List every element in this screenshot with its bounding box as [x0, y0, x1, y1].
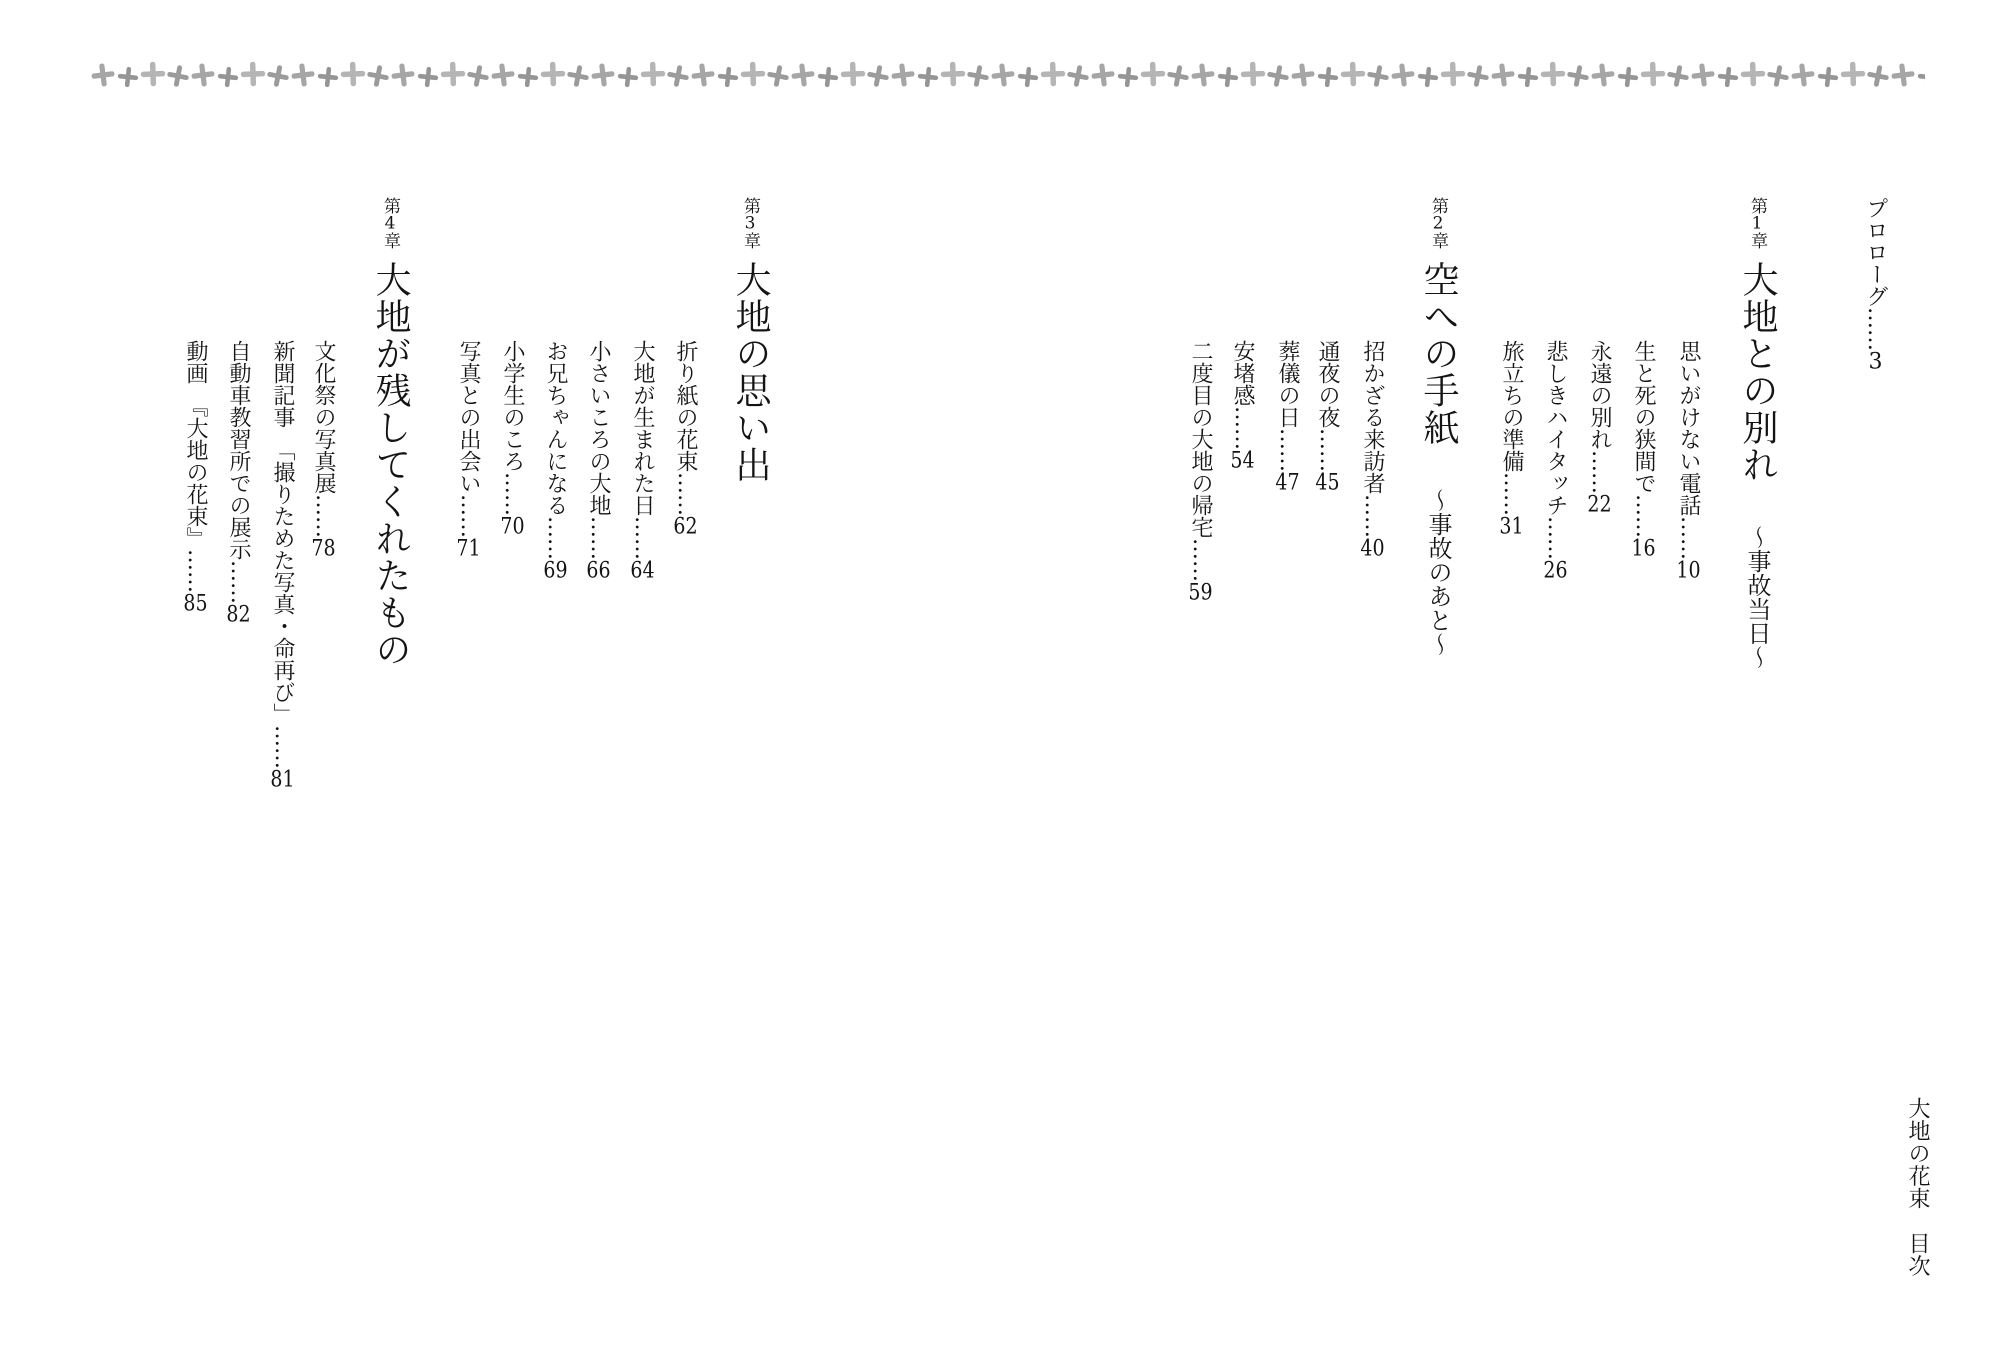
- chapter-number-prefix: 第: [380, 197, 400, 215]
- toc-item: 大地が生まれた日……64: [631, 340, 653, 582]
- toc-item-page: 45: [1315, 472, 1340, 494]
- chapter-3-number: 第3章: [740, 197, 760, 250]
- leader-dots: ……: [500, 472, 525, 516]
- leader-dots: ……: [1188, 538, 1213, 582]
- leader-dots: ……: [1676, 516, 1701, 560]
- toc-item-label: 文化祭の写真展: [311, 340, 336, 494]
- toc-item-page: 82: [226, 604, 251, 626]
- toc-item: 葬儀の日……47: [1276, 340, 1298, 494]
- toc-item-label: 旅立ちの準備: [1499, 340, 1524, 472]
- chapter-number-suffix: 章: [1428, 232, 1448, 250]
- chapter-number-suffix: 章: [380, 232, 400, 250]
- toc-item-page: 47: [1275, 472, 1300, 494]
- leader-dots: ……: [1230, 406, 1255, 450]
- toc-item: 折り紙の花束……62: [674, 340, 696, 538]
- toc-item: 旅立ちの準備……31: [1500, 340, 1522, 538]
- chapter-number-digit: 1: [1747, 215, 1767, 232]
- toc-item-label: 小さいころの大地: [586, 340, 611, 516]
- leader-dots: ……: [543, 516, 568, 560]
- leader-dots: ……: [1587, 450, 1612, 494]
- chapter-4-number: 第4章: [380, 197, 400, 250]
- toc-item-label: 安堵感: [1230, 340, 1255, 406]
- chapter-4-heading: 第4章大地が残してくれたもの: [372, 197, 408, 668]
- running-title: 大地の花束 目次: [1906, 1097, 1928, 1277]
- toc-item-page: 71: [456, 538, 481, 560]
- toc-item-label: 小学生のころ: [500, 340, 525, 472]
- toc-item: 小さいころの大地……66: [587, 340, 609, 582]
- chapter-3-title: 大地の思い出: [730, 261, 771, 483]
- toc-item-label: 写真との出会い: [456, 340, 481, 494]
- toc-item-label: 招かざる来訪者: [1360, 340, 1385, 494]
- leader-dots: ……: [183, 549, 208, 593]
- chapter-number-prefix: 第: [1747, 197, 1767, 215]
- leader-dots: ……: [673, 472, 698, 516]
- toc-item-page: 70: [500, 516, 525, 538]
- toc-item-page: 16: [1631, 538, 1656, 560]
- chapter-3-heading: 第3章大地の思い出: [732, 197, 768, 483]
- chapter-number-digit: 3: [740, 215, 760, 232]
- toc-item: 写真との出会い……71: [457, 340, 479, 560]
- toc-item-page: 31: [1499, 516, 1524, 538]
- toc-item: 動画 『大地の花束』……85: [184, 340, 206, 615]
- leader-dots: ……: [1499, 472, 1524, 516]
- leader-dots: ……: [1863, 307, 1888, 351]
- chapter-number-digit: 2: [1428, 215, 1448, 232]
- chapter-number-prefix: 第: [740, 197, 760, 215]
- leader-dots: ……: [1315, 428, 1340, 472]
- toc-item-page: 78: [311, 538, 336, 560]
- toc-item-label: 葬儀の日: [1275, 340, 1300, 428]
- chapter-2-heading: 第2章空への手紙～事故のあと～: [1420, 197, 1456, 656]
- chapter-number-prefix: 第: [1428, 197, 1448, 215]
- toc-item: 新聞記事 「撮りためた写真・命再び」……81: [271, 340, 293, 791]
- leader-dots: ……: [1275, 428, 1300, 472]
- leader-dots: ……: [226, 560, 251, 604]
- chapter-number-suffix: 章: [1747, 232, 1767, 250]
- toc-page: { "running_title": "大地の花束 目次", "leader":…: [0, 0, 2016, 1354]
- toc-item-page: 40: [1360, 538, 1385, 560]
- leader-dots: ……: [1631, 494, 1656, 538]
- chapter-number-suffix: 章: [740, 232, 760, 250]
- toc-item: 悲しきハイタッチ……26: [1544, 340, 1566, 582]
- leader-dots: ……: [1360, 494, 1385, 538]
- leader-dots: ……: [456, 494, 481, 538]
- toc-item: 通夜の夜……45: [1316, 340, 1338, 494]
- toc-item: 安堵感……54: [1231, 340, 1253, 472]
- chapter-1-number: 第1章: [1747, 197, 1767, 250]
- toc-item-page: 22: [1587, 494, 1612, 516]
- toc-item-page: 66: [586, 560, 611, 582]
- chapter-1-title: 大地との別れ: [1737, 261, 1778, 483]
- toc-item-page: 64: [630, 560, 655, 582]
- toc-item-label: 生と死の狭間で: [1631, 340, 1656, 494]
- toc-item-page: 69: [543, 560, 568, 582]
- chapter-1-heading: 第1章大地との別れ～事故当日～: [1739, 197, 1775, 669]
- toc-item-label: 思いがけない電話: [1676, 340, 1701, 516]
- toc-item-page: 85: [183, 593, 208, 615]
- prologue-page-number: 3: [1863, 351, 1888, 373]
- toc-item-label: 動画 『大地の花束』: [183, 340, 208, 549]
- toc-item-page: 54: [1230, 450, 1255, 472]
- toc-item-label: 通夜の夜: [1315, 340, 1340, 428]
- chapter-2-subtitle: ～事故のあと～: [1424, 488, 1452, 656]
- toc-item-page: 81: [270, 769, 295, 791]
- toc-item-page: 10: [1676, 560, 1701, 582]
- toc-item: 永遠の別れ……22: [1588, 340, 1610, 516]
- toc-item-label: 新聞記事 「撮りためた写真・命再び」: [270, 340, 295, 725]
- chapter-4-title: 大地が残してくれたもの: [370, 261, 411, 668]
- toc-item-page: 62: [673, 516, 698, 538]
- cross-border-decoration: [90, 53, 1925, 97]
- chapter-number-digit: 4: [380, 215, 400, 232]
- toc-item-page: 26: [1543, 560, 1568, 582]
- toc-item-label: 大地が生まれた日: [630, 340, 655, 516]
- toc-item-label: お兄ちゃんになる: [543, 340, 568, 516]
- toc-item: お兄ちゃんになる……69: [544, 340, 566, 582]
- toc-item: 思いがけない電話……10: [1677, 340, 1699, 582]
- leader-dots: ……: [630, 516, 655, 560]
- toc-item-label: 自動車教習所での展示: [226, 340, 251, 560]
- chapter-2-number: 第2章: [1428, 197, 1448, 250]
- toc-item: 二度目の大地の帰宅……59: [1189, 340, 1211, 604]
- toc-item: 生と死の狭間で……16: [1632, 340, 1654, 560]
- leader-dots: ……: [311, 494, 336, 538]
- prologue-label: プロローグ: [1863, 197, 1888, 307]
- toc-entry-prologue: プロローグ……3: [1864, 197, 1886, 373]
- leader-dots: ……: [270, 725, 295, 769]
- toc-item: 自動車教習所での展示……82: [227, 340, 249, 626]
- toc-item-page: 59: [1188, 582, 1213, 604]
- toc-item: 招かざる来訪者……40: [1361, 340, 1383, 560]
- toc-item-label: 二度目の大地の帰宅: [1188, 340, 1213, 538]
- chapter-1-subtitle: ～事故当日～: [1743, 525, 1771, 669]
- toc-item-label: 永遠の別れ: [1587, 340, 1612, 450]
- toc-item: 小学生のころ……70: [501, 340, 523, 538]
- leader-dots: ……: [586, 516, 611, 560]
- leader-dots: ……: [1543, 516, 1568, 560]
- toc-item-label: 悲しきハイタッチ: [1543, 340, 1568, 516]
- toc-item-label: 折り紙の花束: [673, 340, 698, 472]
- toc-item: 文化祭の写真展……78: [312, 340, 334, 560]
- chapter-2-title: 空への手紙: [1418, 261, 1459, 446]
